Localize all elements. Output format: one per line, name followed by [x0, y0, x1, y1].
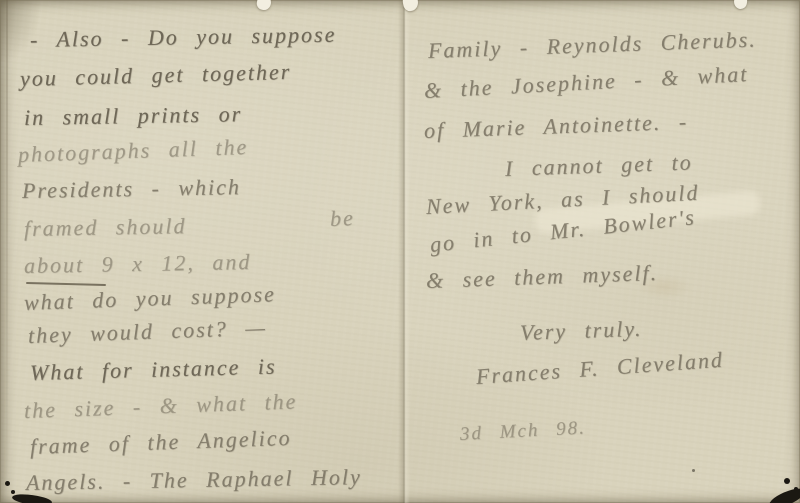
handwriting-line: about 9 x 12, and — [24, 249, 252, 279]
handwriting-line: I cannot get to — [505, 149, 693, 182]
ink-blot — [767, 487, 800, 503]
letter-scan: - Also - Do you suppose you could get to… — [0, 0, 800, 503]
ink-blot — [784, 478, 790, 484]
handwriting-line: Presidents - which — [22, 174, 241, 204]
handwriting-line: in small prints or — [24, 101, 243, 131]
ink-speck — [692, 469, 695, 472]
handwriting-line: photographs all the — [18, 134, 249, 168]
handwriting-line: Angels. - The Raphael Holy — [26, 464, 362, 496]
left-edge-crease — [6, 0, 8, 503]
handwriting-line: & see them myself. — [426, 260, 659, 294]
handwriting-line: they would cost? — — [28, 315, 268, 349]
signature: Frances F. Cleveland — [475, 347, 725, 390]
handwriting-line: be — [330, 205, 356, 232]
handwriting-line: framed should — [24, 213, 187, 242]
date-line: 3d Mch 98. — [459, 415, 586, 448]
ink-blot — [5, 481, 10, 486]
underline-mark — [26, 282, 106, 286]
handwriting-line: of Marie Antoinette. - — [424, 109, 689, 144]
handwriting-line: the size - & what the — [24, 388, 298, 424]
handwriting-line: you could get together — [20, 59, 292, 92]
ink-blot — [11, 490, 15, 494]
handwriting-line: What for instance is — [30, 354, 277, 386]
handwriting-line: what do you suppose — [24, 281, 277, 316]
center-fold-crease — [398, 0, 410, 503]
handwriting-line: & the Josephine - & what — [423, 61, 749, 104]
handwriting-line: Family - Reynolds Cherubs. — [428, 27, 758, 64]
paper-notch — [733, 0, 748, 10]
handwriting-line: frame of the Angelico — [30, 425, 292, 460]
handwriting-line: - Also - Do you suppose — [30, 22, 337, 53]
closing-line: Very truly. — [520, 316, 643, 346]
paper-notch — [255, 0, 272, 11]
